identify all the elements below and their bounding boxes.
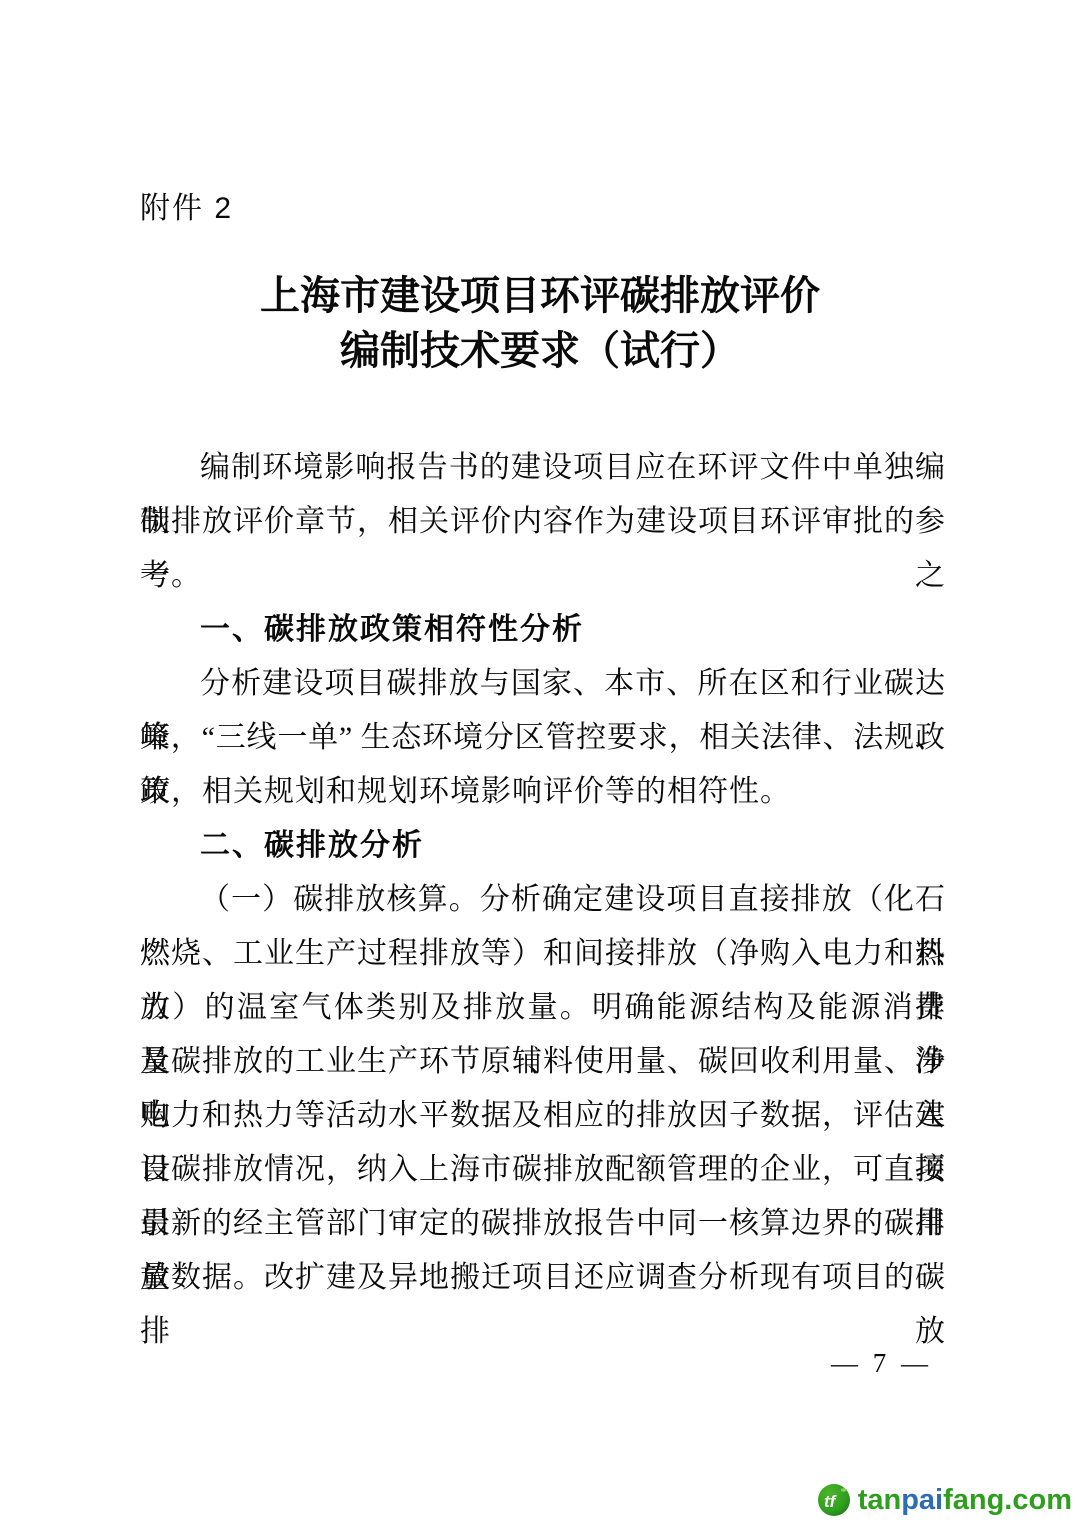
body-line: 及碳排放的工业生产环节原辅料使用量、碳回收利用量、净购入 — [140, 1035, 945, 1089]
body-line: 策，“三线一单” 生态环境分区管控要求，相关法律、法规、政 — [140, 711, 945, 765]
document-title: 上海市建设项目环评碳排放评价 编制技术要求（试行） — [0, 268, 1080, 378]
body-line: 策，相关规划和规划环境影响评价等的相符性。 — [140, 765, 945, 819]
body-line: 最新的经主管部门审定的碳排放报告中同一核算边界的碳排放 — [140, 1197, 945, 1251]
tanpaifang-logo-icon: tf — [817, 1483, 851, 1517]
body-line: 编制环境影响报告书的建设项目应在环评文件中单独编制 — [140, 441, 945, 495]
logo-text-tan: tan — [858, 1484, 902, 1516]
body-line: 放）的温室气体类别及排放量。明确能源结构及能源消费量、涉 — [140, 981, 945, 1035]
logo-text-pai: pai — [901, 1484, 943, 1516]
document-body: 编制环境影响报告书的建设项目应在环评文件中单独编制 碳排放评价章节，相关评价内容… — [140, 441, 945, 1305]
document-page: 附件 2 上海市建设项目环评碳排放评价 编制技术要求（试行） 编制环境影响报告书… — [0, 0, 1080, 1527]
section-heading-2: 二、碳排放分析 — [140, 819, 945, 873]
body-line: 量数据。改扩建及异地搬迁项目还应调查分析现有项目的碳排放 — [140, 1251, 945, 1305]
title-line-1: 上海市建设项目环评碳排放评价 — [0, 268, 1080, 323]
logo-text: tanpaifang.com — [858, 1483, 1072, 1517]
attachment-label: 附件 2 — [140, 183, 233, 227]
logo-text-fangcom: fang.com — [943, 1484, 1072, 1516]
body-line: 目碳排放情况，纳入上海市碳排放配额管理的企业，可直接引用 — [140, 1143, 945, 1197]
body-line: 燃烧、工业生产过程排放等）和间接排放（净购入电力和热力排 — [140, 927, 945, 981]
body-line: 分析建设项目碳排放与国家、本市、所在区和行业碳达峰政 — [140, 657, 945, 711]
body-line: 碳排放评价章节，相关评价内容作为建设项目环评审批的参考之 — [140, 495, 945, 549]
title-line-2: 编制技术要求（试行） — [0, 323, 1080, 378]
page-number: — 7 — — [831, 1348, 932, 1379]
body-line: 电力和热力等活动水平数据及相应的排放因子数据，评估建设项 — [140, 1089, 945, 1143]
site-logo-watermark: tf tanpaifang.com — [817, 1483, 1072, 1517]
section-heading-1: 一、碳排放政策相符性分析 — [140, 603, 945, 657]
body-line: （一）碳排放核算。分析确定建设项目直接排放（化石燃料 — [140, 873, 945, 927]
